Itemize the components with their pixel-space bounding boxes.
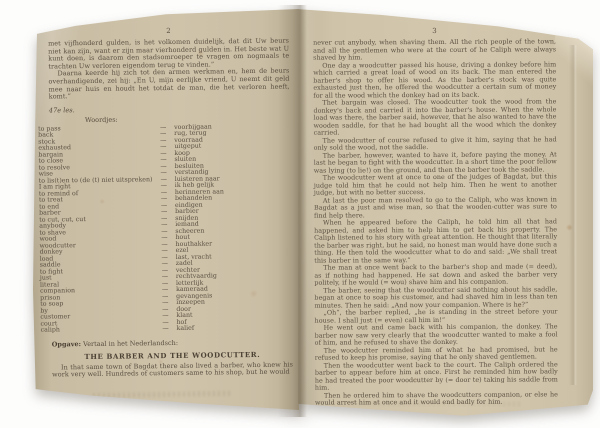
vocab-title: Woordjes: — [85, 113, 290, 124]
story-paragraph: He went out and came back with his compa… — [315, 323, 558, 347]
story-paragraph: Thet bargain was closed. The woodcutter … — [313, 98, 556, 137]
page-right: 3 never cut anybody, when shaving them. … — [298, 5, 593, 417]
story-paragraph: never cut anybody, when shaving them. Al… — [313, 38, 556, 62]
lesson-label: 47e les. — [49, 103, 290, 114]
page-left-content: 2 met vijfhonderd gulden, is het volkome… — [48, 26, 293, 380]
right-paragraphs: never cut anybody, when shaving them. Al… — [313, 38, 558, 407]
story-paragraph: When he appeared before the Caliph, he t… — [314, 218, 557, 264]
story-paragraph: The woodcutter went at once to one of th… — [314, 173, 557, 197]
vocab-row: caliph—kalief — [53, 326, 226, 335]
vocab-nl: kalief — [177, 326, 226, 333]
page-number-left: 2 — [48, 26, 289, 37]
intro-paragraph: met vijfhonderd gulden, is het volkomen … — [48, 38, 289, 71]
story-paragraph: The barber, however, wanted to have it, … — [314, 151, 557, 175]
story-first-paragraph: In that same town of Bagdat there also l… — [52, 361, 293, 379]
story-paragraph: One day a woodcutter passed his house, d… — [313, 61, 556, 100]
open-booklet: 2 met vijfhonderd gulden, is het volkome… — [31, 5, 593, 417]
ink-bleed-through — [93, 391, 233, 398]
left-intro-paragraphs: met vijfhonderd gulden, is het volkomen … — [48, 38, 290, 102]
story-paragraph: Then the woodcutter went back to the cou… — [315, 361, 558, 392]
exercise-line: Opgave: Vertaal in het Nederlandsch: — [52, 337, 293, 348]
vocab-en: caliph — [53, 326, 155, 334]
curled-corner — [549, 35, 599, 92]
exercise-label: Opgave: — [52, 340, 81, 348]
intro-paragraph: Daarna keerde hij zich tot den armen wer… — [48, 68, 289, 101]
story-paragraph: At last the poor man resolved to go to t… — [314, 196, 557, 220]
story-paragraph: Then he ordered him to shave the woodcut… — [315, 391, 558, 407]
vocab-separator: — — [155, 326, 177, 333]
exercise-text: Vertaal in het Nederlandsch: — [83, 339, 178, 348]
story-title: THE BARBER AND THE WOODCUTTER. — [52, 349, 293, 361]
page-right-content: 3 never cut anybody, when shaving them. … — [313, 26, 558, 407]
page-left: 2 met vijfhonderd gulden, is het volkome… — [33, 9, 299, 410]
page-crease — [569, 45, 577, 385]
story-paragraph: The man at once went back to the barber'… — [314, 263, 557, 287]
page-number-right: 3 — [313, 26, 556, 35]
story-paragraph: The barber, seeing that the woodcutter s… — [314, 286, 557, 310]
vocab-table: to pass—voorbijgaanback—rug, terugstock—… — [50, 124, 226, 334]
